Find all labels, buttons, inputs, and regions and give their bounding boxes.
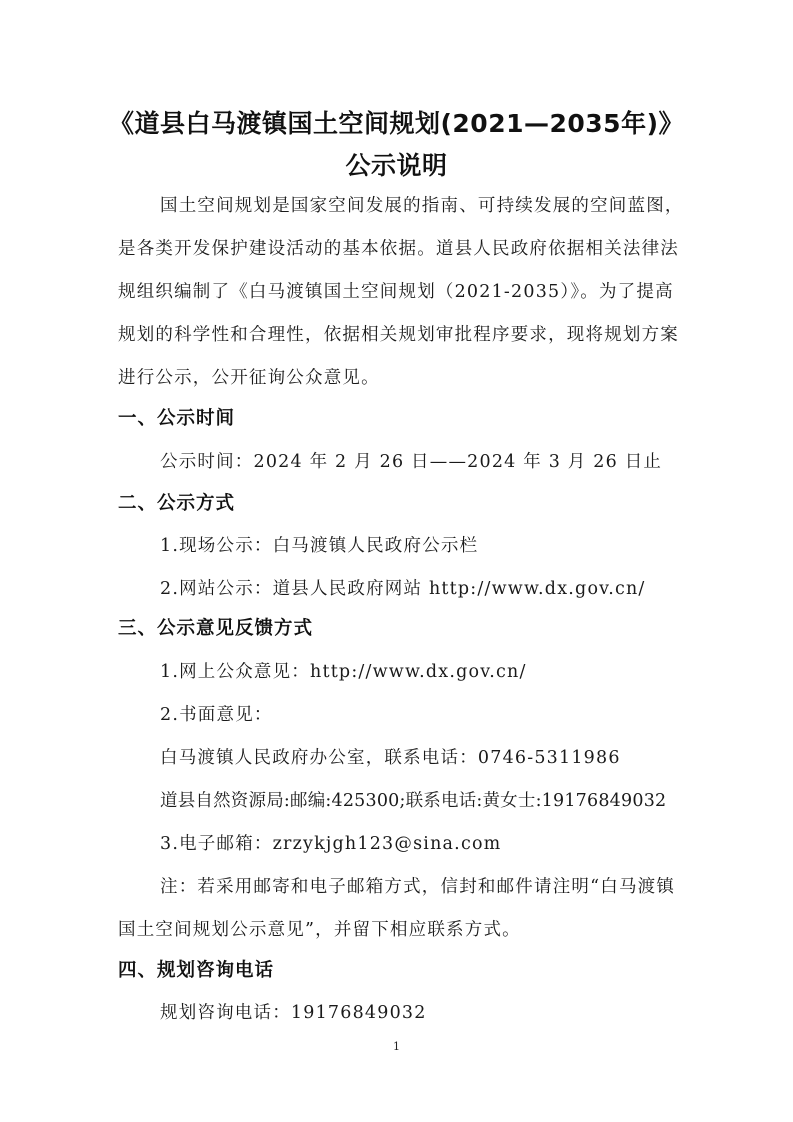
note-line-1: 注：若采用邮寄和电子邮箱方式，信封和邮件请注明“白马渡镇	[160, 873, 675, 898]
natural-resources-bureau-contact: 道县自然资源局:邮编:425300;联系电话:黄女士:19176849032	[160, 787, 666, 812]
intro-line-4: 规划的科学性和合理性，依据相关规划审批程序要求，现将规划方案	[118, 321, 679, 346]
website-publicity[interactable]: 2.网站公示：道县人民政府网站 http://www.dx.gov.cn/	[160, 575, 646, 600]
online-feedback[interactable]: 1.网上公众意见：http://www.dx.gov.cn/	[160, 658, 527, 683]
document-subtitle: 公示说明	[0, 146, 793, 182]
section-heading-method: 二、公示方式	[118, 489, 235, 515]
document-page: 《道县白马渡镇国土空间规划(2021—2035年)》 公示说明 国土空间规划是国…	[0, 0, 793, 1122]
intro-line-5: 进行公示，公开征询公众意见。	[118, 364, 380, 389]
section-heading-consultation: 四、规划咨询电话	[118, 956, 274, 982]
onsite-publicity: 1.现场公示：白马渡镇人民政府公示栏	[160, 532, 478, 557]
section-heading-feedback: 三、公示意见反馈方式	[118, 614, 313, 640]
intro-line-2: 是各类开发保护建设活动的基本依据。道县人民政府依据相关法律法	[118, 235, 679, 260]
publicity-period: 公示时间：2024 年 2 月 26 日——2024 年 3 月 26 日止	[160, 448, 662, 473]
email-contact[interactable]: 3.电子邮箱：zrzykjgh123@sina.com	[160, 830, 501, 855]
note-line-2: 国土空间规划公示意见”，并留下相应联系方式。	[118, 916, 521, 941]
written-feedback-label: 2.书面意见：	[160, 701, 273, 726]
town-office-contact: 白马渡镇人民政府办公室，联系电话：0746-5311986	[160, 744, 621, 769]
intro-line-1: 国土空间规划是国家空间发展的指南、可持续发展的空间蓝图，	[160, 192, 684, 217]
intro-line-3: 规组织编制了《白马渡镇国土空间规划（2021-2035）》。为了提高	[118, 278, 674, 303]
document-title: 《道县白马渡镇国土空间规划(2021—2035年)》	[0, 104, 793, 140]
page-number: 1	[0, 1040, 793, 1053]
section-heading-time: 一、公示时间	[118, 404, 235, 430]
consultation-phone: 规划咨询电话：19176849032	[160, 999, 427, 1024]
